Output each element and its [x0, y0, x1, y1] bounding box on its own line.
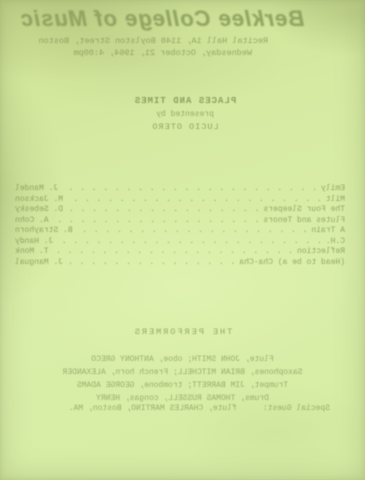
program-row: The Four Sleepers D. Sebesky — [15, 205, 345, 216]
composer: J. Mangual — [15, 258, 63, 267]
composer: J. Handy — [15, 237, 53, 246]
song-title: Emily — [321, 184, 345, 193]
program-list: Emily J. Mandel Milt M. Jackson The Four… — [15, 184, 345, 268]
composer: M. Jackson — [15, 195, 63, 204]
mirrored-bleedthrough-layer: Berklee College of Music Recital Hall 1A… — [0, 0, 365, 480]
program-row: Emily J. Mandel — [15, 184, 345, 195]
song-title: A Train — [311, 226, 345, 235]
performers-section: THE PERFORMERS Flute, JOHN SMITH; oboe, … — [0, 327, 365, 405]
program-row: C.H. J. Handy — [15, 237, 345, 248]
composer: A. Cohn — [15, 216, 49, 225]
presented-by-label: presented by — [150, 110, 220, 119]
program-row: Milt M. Jackson — [15, 195, 345, 206]
program-row: A Train B. Strayhorn — [15, 226, 345, 237]
composer: T. Monk — [15, 247, 49, 256]
composer: B. Strayhorn — [15, 226, 73, 235]
performers-heading: THE PERFORMERS — [0, 327, 365, 337]
song-title: Milt — [326, 195, 345, 204]
special-guest-text: flute, CHARLES MARTINO, Boston, MA. — [69, 404, 237, 413]
composer: D. Sebesky — [15, 205, 63, 214]
song-title: (Head to be a) Cha-Cha — [239, 258, 345, 267]
performer-line: Flute, JOHN SMITH; oboe, ANTHONY GRECO — [0, 353, 365, 366]
performer-line: Saxophones, BRIAN MITCHELL; French horn,… — [0, 366, 365, 379]
program-row: Reflection T. Monk — [15, 247, 345, 258]
presenter-name: LUCIO OTERO — [145, 122, 225, 132]
dot-leader — [67, 195, 322, 205]
venue-line: Recital Hall 1A, 1140 Boylston Street, B… — [88, 36, 268, 46]
dot-leader — [53, 216, 260, 226]
recital-title: PLACES AND TIMES — [133, 96, 237, 106]
song-title: C.H. — [326, 237, 345, 246]
dot-leader — [62, 184, 317, 194]
program-row: Flutes and Tenors A. Cohn — [15, 216, 345, 227]
song-title: Flutes and Tenors — [263, 216, 345, 225]
song-title: The Four Sleepers — [263, 205, 345, 214]
composer: J. Mandel — [15, 184, 58, 193]
dot-leader — [67, 258, 235, 268]
program-row: (Head to be a) Cha-Cha J. Mangual — [15, 258, 345, 269]
dot-leader — [77, 226, 308, 236]
special-guest-line: Special Guest: flute, CHARLES MARTINO, B… — [30, 404, 330, 413]
special-guest-label: Special Guest: — [263, 404, 330, 413]
song-title: Reflection — [297, 247, 345, 256]
dot-leader — [53, 247, 293, 257]
school-logo-text: Berklee College of Music — [12, 6, 312, 32]
dot-leader — [67, 205, 259, 215]
date-line: Wednesday, October 21, 1964, 4:00pm — [102, 48, 252, 58]
performer-line: Trumpet, JIM BARRETT; trombone, GEORGE A… — [0, 379, 365, 392]
dot-leader — [57, 237, 321, 247]
scanned-program-page: Berklee College of Music Recital Hall 1A… — [0, 0, 365, 480]
